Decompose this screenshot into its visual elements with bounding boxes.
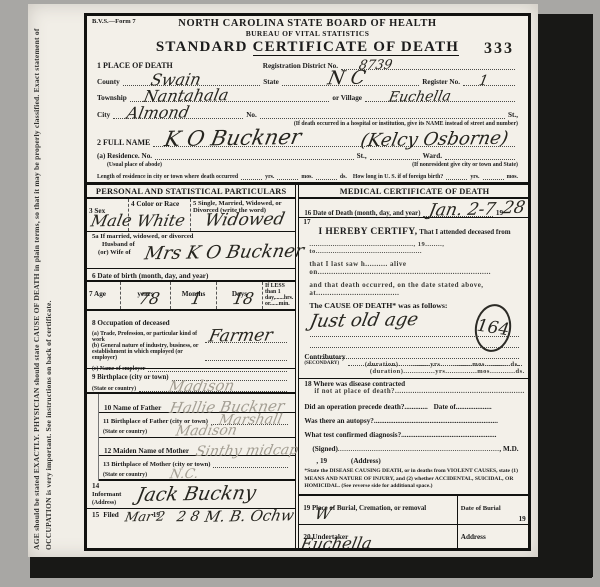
race-value: White	[135, 213, 186, 230]
date-of-death-value: Jan. 2-7	[428, 201, 498, 219]
birthplace-row: 9 Birthplace (city or town) (State or co…	[87, 369, 295, 394]
county-row: County Swain State N C Register No. 1	[92, 70, 523, 86]
margin-instructions: AGE should be stated EXACTLY. PHYSICIAN …	[31, 18, 83, 550]
burial-date-label: Date of Burial	[461, 505, 501, 512]
informant-row: 14 Informant (Address) Jack Buckny	[87, 481, 295, 509]
scanner-shadow-right	[538, 14, 593, 577]
father-birthplace-state: Madison	[175, 423, 239, 438]
disease-contracted-row: 18 Where was disease contracted if not a…	[299, 378, 529, 399]
board-name: NORTH CAROLINA STATE BOARD OF HEALTH	[162, 18, 453, 29]
city-label: City	[97, 111, 110, 119]
length-of-residence-row: Length of residence in city or town wher…	[92, 168, 523, 180]
signed-row: (Signed)................................…	[299, 445, 529, 453]
diagnosis-test-row: What test confirmed diagnosis?..........…	[299, 431, 529, 439]
sex-value: Male	[89, 213, 133, 230]
residence-ward-label: Ward.	[423, 152, 442, 160]
personal-title: PERSONAL AND STATISTICAL PARTICULARS	[87, 185, 295, 199]
sex-cell: 3 Sex Male	[87, 199, 129, 231]
residence-label: (a) Residence. No.	[97, 152, 152, 160]
street-label: St.,	[508, 111, 518, 119]
residence-row: (a) Residence. No. St., Ward.	[92, 147, 523, 160]
medical-certificate-column: MEDICAL CERTIFICATE OF DEATH 16 Date of …	[299, 185, 529, 551]
filed-row: 15 Filed Mar 2 19 2 8 M. B. Ochw REGISTR…	[87, 509, 295, 551]
foreign-birth-label: How long in U. S. if of foreign birth?	[353, 174, 443, 180]
registrar-label: REGISTRAR	[232, 549, 269, 551]
age-row: 7 Age years 78 Months 1 Days 18	[87, 282, 295, 311]
registration-district-label: Registration District No.	[263, 62, 338, 70]
full-name-row: 2 FULL NAME K O Buckner (Kelcy Osborne)	[92, 127, 523, 147]
autopsy-row: Was there an autopsy?...................…	[299, 417, 529, 425]
date-of-death-row: 16 Date of Death (month, day, and year) …	[299, 199, 529, 218]
spouse-row: 5a If married, widowed, or divorced Husb…	[87, 232, 295, 269]
father-birthplace-row: 11 Birthplace of Father (city or town) M…	[99, 413, 295, 438]
marital-value: Widowed	[203, 211, 286, 229]
length-label: Length of residence in city or town wher…	[97, 174, 238, 180]
residence-st-label: St.,	[357, 152, 367, 160]
board-titles: NORTH CAROLINA STATE BOARD OF HEALTH BUR…	[162, 18, 453, 38]
footnote: *State the DISEASE CAUSING DEATH, or in …	[299, 465, 529, 491]
undertaker-value: Euchella	[300, 535, 374, 551]
spouse-value: Mrs K O Buckner	[143, 243, 305, 264]
register-no-label: Register No.	[422, 78, 460, 86]
certify-block: 17 I HEREBY CERTIFY, That I attended dec…	[299, 218, 529, 354]
father-name-row: 10 Name of Father Hallie Buckner	[99, 394, 295, 413]
scanned-death-certificate: { "scan": { "form_no": "B.V.S.—Form 7", …	[0, 0, 600, 587]
informant-value: Jack Buckny	[135, 484, 258, 505]
mother-birthplace-state: N.C.	[169, 468, 200, 481]
scanner-shadow-bottom	[30, 557, 592, 578]
occupation-row: 8 Occupation of deceased (a) Trade, Prof…	[87, 311, 295, 369]
medical-title: MEDICAL CERTIFICATE OF DEATH	[299, 185, 529, 199]
city-row: City Almond No. St.,	[92, 102, 523, 119]
parents-block: Parents 10 Name of Father Hallie Buckner…	[87, 394, 295, 481]
date-of-death-year: 28	[501, 200, 526, 217]
burial-row: 19 Place of Burial, Cremation, or remova…	[299, 494, 529, 524]
certificate-form: B.V.S.—Form 7 NORTH CAROLINA STATE BOARD…	[84, 13, 531, 551]
mother-name-row: 12 Maiden Name of Mother Sinthy midcap	[99, 438, 295, 456]
burial-place-value: W	[314, 505, 334, 521]
place-of-death-row: 1 PLACE OF DEATH Registration District N…	[92, 56, 523, 70]
age-less-note: If LESS than 1 day,......hrs. or......mi…	[265, 283, 293, 307]
form-header: B.V.S.—Form 7 NORTH CAROLINA STATE BOARD…	[87, 16, 528, 180]
race-cell: 4 Color or Race White	[129, 199, 191, 231]
place-of-death-label: PLACE OF DEATH	[103, 61, 173, 70]
age-days-value: 18	[231, 291, 255, 307]
age-months-value: 1	[189, 291, 202, 307]
age-months-cell: Months 1	[171, 282, 217, 309]
certify-number: 17	[303, 218, 310, 226]
county-label: County	[97, 78, 120, 86]
certificate-page: AGE should be stated EXACTLY. PHYSICIAN …	[28, 4, 538, 557]
village-label: or Village	[332, 94, 362, 102]
street-no-label: No.	[246, 111, 257, 119]
filed-date-value: Mar 2	[124, 511, 166, 525]
form-number: B.V.S.—Form 7	[92, 18, 162, 25]
undertaker-address-label: Address	[461, 533, 486, 541]
undertaker-row: 20 Undertaker Euchella Address	[299, 524, 529, 551]
filed-year-value: 2 8	[176, 510, 201, 524]
operation-row: Did an operation precede death?.........…	[299, 403, 529, 411]
full-name-label: FULL NAME	[103, 138, 150, 147]
date-of-birth-row: 6 Date of birth (month, day, and year)	[87, 269, 295, 282]
marital-cell: 5 Single, Married, Widowed, or Divorced …	[191, 199, 295, 231]
age-days-cell: Days 18	[217, 282, 263, 309]
bureau-name: BUREAU OF VITAL STATISTICS	[162, 29, 453, 38]
township-row: Township Nantahala or Village Euchella	[92, 86, 523, 102]
sex-race-marital-row: 3 Sex Male 4 Color or Race White 5 Singl…	[87, 199, 295, 232]
registrar-signature: M. B. Ochw	[203, 508, 295, 525]
state-label: State	[263, 78, 279, 86]
personal-particulars-column: PERSONAL AND STATISTICAL PARTICULARS 3 S…	[87, 185, 299, 551]
form-title: STANDARD CERTIFICATE OF DEATH	[92, 39, 523, 56]
township-label: Township	[97, 94, 127, 102]
mother-birthplace-row: 13 Birthplace of Mother (city or town) (…	[99, 456, 295, 481]
signed-date-row: , 19 (Address)	[299, 457, 529, 465]
birthplace-value: Madison	[167, 378, 235, 394]
cause-of-death-value: Just old age	[308, 311, 420, 331]
age-years-value: 78	[137, 291, 161, 307]
age-years-cell: years 78	[121, 282, 171, 309]
